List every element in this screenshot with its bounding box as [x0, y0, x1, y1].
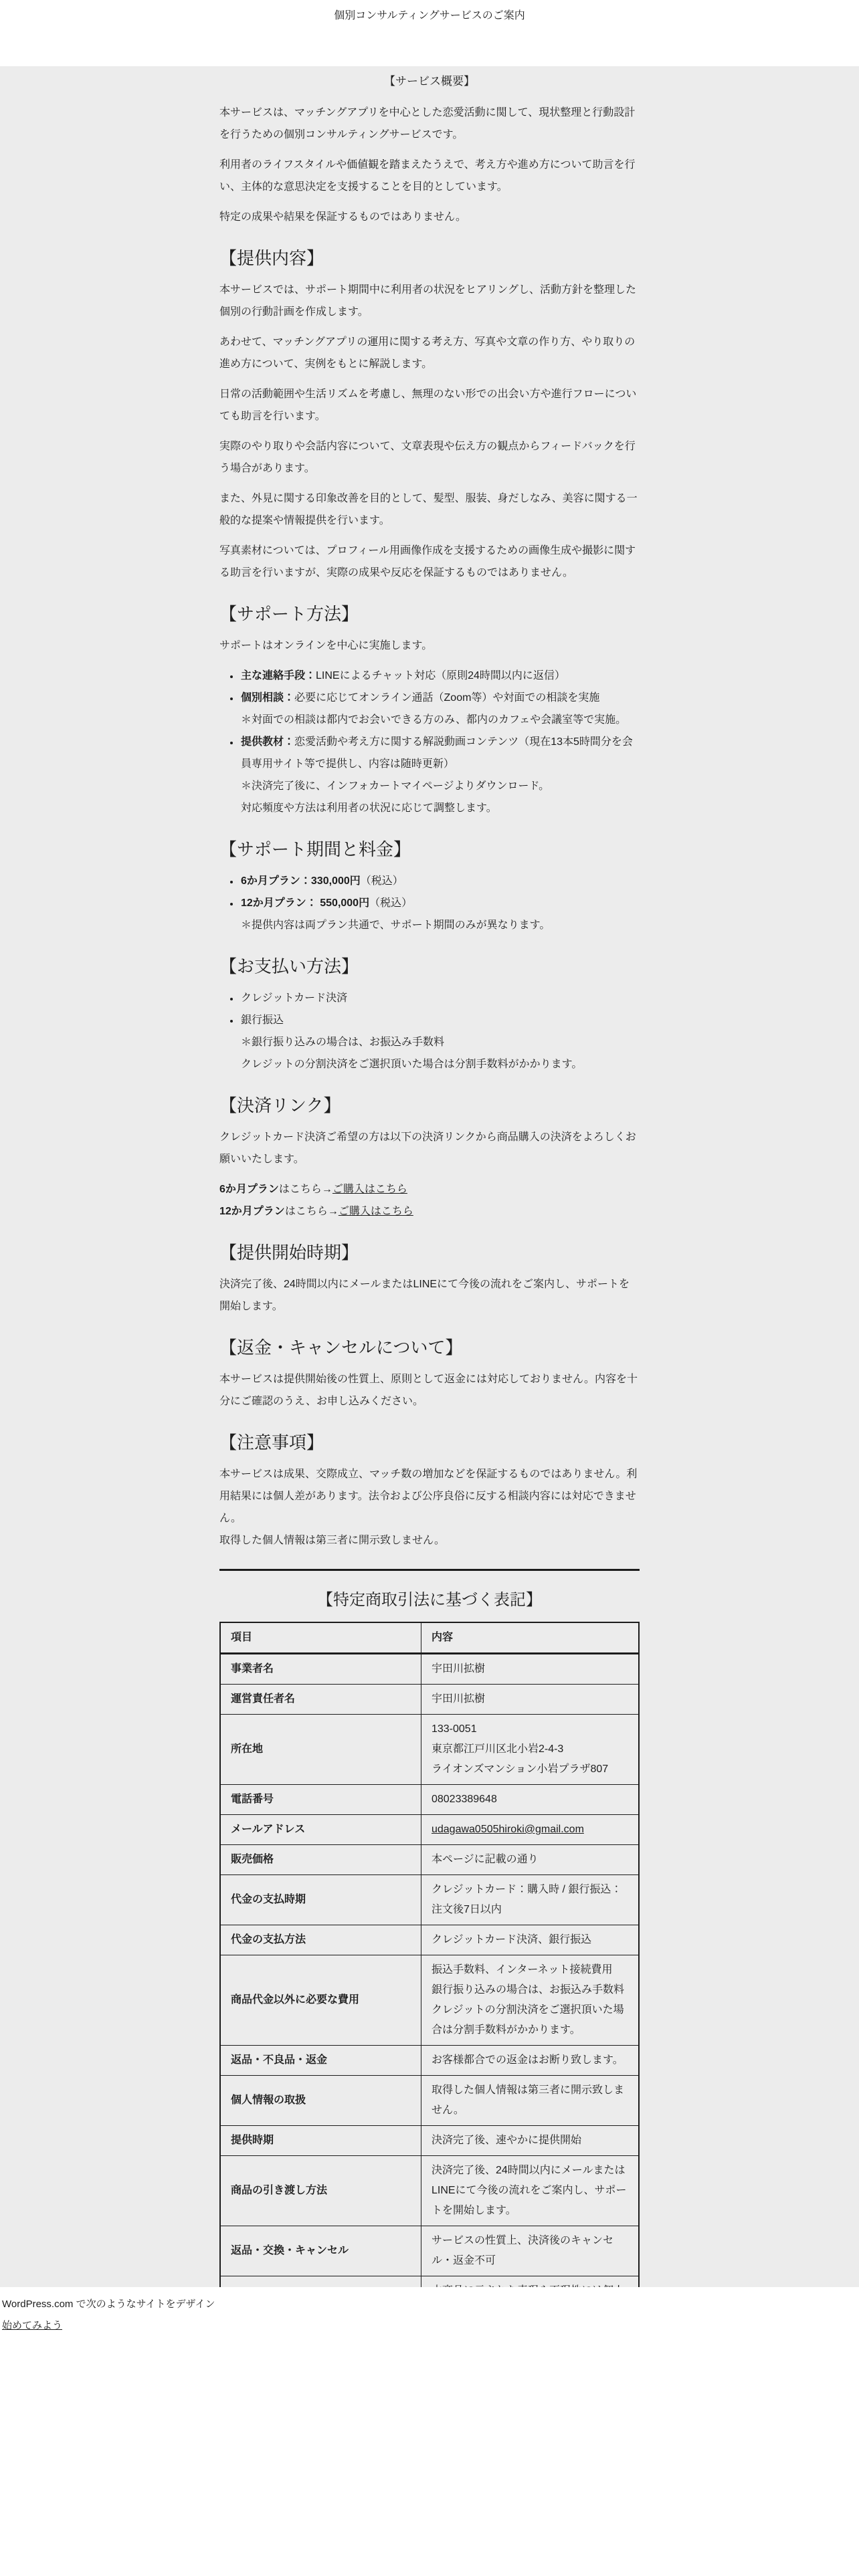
text-run: 6か月プラン — [219, 1184, 279, 1195]
paragraph-overview-3: 特定の成果や結果を保証するものではありません。 — [219, 206, 640, 228]
purchase-link-12month[interactable]: ご購入はこちら — [339, 1206, 413, 1217]
paragraph-kessai-intro: クレジットカード決済ご希望の方は以下の決済リンクから商品購入の決済をよろしくお願… — [219, 1126, 640, 1170]
list-item-kyozai: 提供教材：恋愛活動や考え方に関する解説動画コンテンツ（現在13本5時間分を会員専… — [240, 731, 640, 819]
row-label: 商品の引き渡し方法 — [220, 2156, 421, 2226]
table-row: 個人情報の取扱取得した個人情報は第三者に開示致しません。 — [220, 2076, 639, 2126]
row-value: サービスの性質上、決済後のキャンセル・返金不可 — [421, 2226, 639, 2276]
text-run: 東京都江戸川区北小岩2-4-3 — [432, 1743, 563, 1755]
row-label: 個人情報の取扱 — [220, 2076, 421, 2126]
text-run: 利用者のライフスタイルや価値観を踏まえたうえで、考え方や進め方について助言を行い… — [219, 159, 635, 193]
text-run: （税込） — [369, 897, 412, 909]
heading-teikyo-kaishi: 【提供開始時期】 — [219, 1240, 640, 1265]
list-item-credit: クレジットカード決済 — [240, 987, 640, 1009]
text-run: 写真素材については、プロフィール用画像作成を支援するための画像生成や撮影に関する… — [219, 545, 636, 578]
table-row: 表現再現性に関する注意書き本商品に示された表現や再現性には個人差があり、必ずしも… — [220, 2276, 639, 2288]
document-area: 【サービス概要】本サービスは、マッチングアプリを中心とした恋愛活動に関して、現状… — [0, 66, 859, 2287]
text-run: 対応頻度や方法は利用者の状況に応じて調整します。 — [241, 802, 497, 814]
email-link[interactable]: udagawa0505hiroki@gmail.com — [432, 1824, 584, 1835]
content-blocks: 【サービス概要】本サービスは、マッチングアプリを中心とした恋愛活動に関して、現状… — [219, 66, 640, 2287]
text-run: LINEによるチャット対応（原則24時間以内に返信） — [316, 670, 565, 681]
table-row: 代金の支払方法クレジットカード決済、銀行振込 — [220, 1925, 639, 1955]
text-run: 本サービスでは、サポート期間中に利用者の状況をヒアリングし、活動方針を整理した個… — [219, 284, 636, 318]
row-label: 返品・不良品・返金 — [220, 2046, 421, 2076]
paragraph-support-intro: サポートはオンラインを中心に実施します。 — [219, 635, 640, 657]
text-run: クレジットカード決済 — [241, 992, 347, 1004]
text-run: クレジットカード決済、銀行振込 — [432, 1934, 591, 1945]
heading-support-hoho: 【サポート方法】 — [219, 601, 640, 627]
table-row: 返品・交換・キャンセルサービスの性質上、決済後のキャンセル・返金不可 — [220, 2226, 639, 2276]
site-header: 個別コンサルティングサービスのご案内 — [0, 0, 859, 66]
heading-kikan-ryokin: 【サポート期間と料金】 — [219, 837, 640, 862]
row-label: 返品・交換・キャンセル — [220, 2226, 421, 2276]
text-run: 主な連絡手段： — [241, 670, 316, 681]
paragraph-naiyo-6: 写真素材については、プロフィール用画像作成を支援するための画像生成や撮影に関する… — [219, 540, 640, 584]
text-run: 本サービスは、マッチングアプリを中心とした恋愛活動に関して、現状整理と行動設計を… — [219, 107, 635, 140]
paragraph-overview-1: 本サービスは、マッチングアプリを中心とした恋愛活動に関して、現状整理と行動設計を… — [219, 102, 640, 146]
column-header-content: 内容 — [421, 1622, 639, 1654]
list-item-plan-12month: 12か月プラン： 550,000円（税込）＊提供内容は両プラン共通で、サポート期… — [240, 892, 640, 936]
page-title: 個別コンサルティングサービスのご案内 — [0, 7, 859, 22]
text-run: 実際のやり取りや会話内容について、文章表現や伝え方の観点からフィードバックを行う… — [219, 441, 636, 474]
heading-kessai-link: 【決済リンク】 — [219, 1093, 640, 1118]
text-run: あわせて、マッチングアプリの運用に関する考え方、写真や文章の作り方、やり取りの進… — [219, 336, 635, 370]
row-label: 代金の支払方法 — [220, 1925, 421, 1955]
list-item-bank: 銀行振込＊銀行振り込みの場合は、お振込み手数料クレジットの分割決済をご選択頂いた… — [240, 1009, 640, 1075]
row-value: お客様都合での返金はお断り致します。 — [421, 2046, 639, 2076]
text-run: 本ページに記載の通り — [432, 1854, 539, 1865]
text-run: 銀行振込 — [241, 1014, 284, 1026]
text-run: ＊決済完了後に、インフォカートマイページよりダウンロード。 — [241, 780, 549, 792]
list-item-soudan: 個別相談：必要に応じてオンライン通話（Zoom等）や対面での相談を実施＊対面での… — [240, 687, 640, 731]
row-value: 決済完了後、速やかに提供開始 — [421, 2126, 639, 2156]
text-run: 本サービスは成果、交際成立、マッチ数の増加などを保証するものではありません。利用… — [219, 1469, 637, 1524]
text-run: クレジットカード決済ご希望の方は以下の決済リンクから商品購入の決済をよろしくお願… — [219, 1132, 636, 1165]
paragraph-naiyo-1: 本サービスでは、サポート期間中に利用者の状況をヒアリングし、活動方針を整理した個… — [219, 279, 640, 323]
row-value: クレジットカード：購入時 / 銀行振込：注文後7日以内 — [421, 1875, 639, 1925]
text-run: （税込） — [361, 875, 403, 887]
paragraph-overview-2: 利用者のライフスタイルや価値観を踏まえたうえで、考え方や進め方について助言を行い… — [219, 154, 640, 198]
text-run: ＊対面での相談は都内でお会いできる方のみ、都内のカフェや会議室等で実施。 — [241, 714, 626, 726]
row-label: 代金の支払時期 — [220, 1875, 421, 1925]
text-run: 日常の活動範囲や生活リズムを考慮し、無理のない形での出会い方や進行フローについて… — [219, 389, 636, 422]
text-run: クレジットカード：購入時 / 銀行振込：注文後7日以内 — [432, 1884, 622, 1915]
row-label: 商品代金以外に必要な費用 — [220, 1955, 421, 2046]
table-row: 返品・不良品・返金お客様都合での返金はお断り致します。 — [220, 2046, 639, 2076]
row-label: 所在地 — [220, 1715, 421, 1785]
text-run: また、外見に関する印象改善を目的として、髪型、服装、身だしなみ、美容に関する一般… — [219, 493, 638, 526]
text-run: はこちら→ — [285, 1206, 339, 1217]
text-run: 決済完了後、速やかに提供開始 — [432, 2135, 581, 2146]
paragraph-henkin: 本サービスは提供開始後の性質上、原則として返金には対応しておりません。内容を十分… — [219, 1368, 640, 1412]
text-run: 08023389648 — [432, 1794, 497, 1805]
paragraph-naiyo-2: あわせて、マッチングアプリの運用に関する考え方、写真や文章の作り方、やり取りの進… — [219, 331, 640, 375]
text-run: 取得した個人情報は第三者に開示致しません。 — [432, 2084, 624, 2116]
row-value: udagawa0505hiroki@gmail.com — [421, 1815, 639, 1845]
table-row: 事業者名宇田川拡樹 — [220, 1654, 639, 1685]
row-label: 販売価格 — [220, 1845, 421, 1875]
heading-tokushoho: 【特定商取引法に基づく表記】 — [219, 1588, 640, 1612]
text-run: ＊提供内容は両プラン共通で、サポート期間のみが異なります。 — [241, 920, 550, 931]
text-run: 振込手数料、インターネット接続費用 — [432, 1964, 613, 1975]
text-run: 本サービスは提供開始後の性質上、原則として返金には対応しておりません。内容を十分… — [219, 1374, 638, 1407]
wordpress-footer: WordPress.com で次のようなサイトをデザイン 始めてみよう — [0, 2287, 859, 2576]
row-label: メールアドレス — [220, 1815, 421, 1845]
paragraph-kaishi: 決済完了後、24時間以内にメールまたはLINEにて今後の流れをご案内し、サポート… — [219, 1273, 640, 1317]
table-row: 運営責任者名宇田川拡樹 — [220, 1685, 639, 1715]
wordpress-promo-text: WordPress.com で次のようなサイトをデザイン — [2, 2296, 859, 2313]
text-run: 宇田川拡樹 — [432, 1663, 485, 1675]
table-row: 商品の引き渡し方法決済完了後、24時間以内にメールまたはLINEにて今後の流れを… — [220, 2156, 639, 2226]
table-row: 電話番号08023389648 — [220, 1785, 639, 1815]
row-value: 振込手数料、インターネット接続費用銀行振り込みの場合は、お振込み手数料クレジット… — [421, 1955, 639, 2046]
paragraph-naiyo-3: 日常の活動範囲や生活リズムを考慮し、無理のない形での出会い方や進行フローについて… — [219, 383, 640, 427]
paragraph-chui: 本サービスは成果、交際成立、マッチ数の増加などを保証するものではありません。利用… — [219, 1463, 640, 1551]
text-run: 12か月プラン： 550,000円 — [241, 897, 369, 909]
row-label: 事業者名 — [220, 1654, 421, 1685]
text-run: ライオンズマンション小岩プラザ807 — [432, 1763, 608, 1775]
text-run: お客様都合での返金はお断り致します。 — [432, 2054, 624, 2066]
text-run: 提供教材： — [241, 736, 294, 748]
table-row: 代金の支払時期クレジットカード：購入時 / 銀行振込：注文後7日以内 — [220, 1875, 639, 1925]
text-run: サービスの性質上、決済後のキャンセル・返金不可 — [432, 2235, 613, 2266]
page: 個別コンサルティングサービスのご案内 【サービス概要】本サービスは、マッチングア… — [0, 0, 859, 2576]
text-run: 宇田川拡樹 — [432, 1693, 485, 1705]
plan-price-list: 6か月プラン：330,000円（税込）12か月プラン： 550,000円（税込）… — [219, 870, 640, 936]
text-run: 特定の成果や結果を保証するものではありません。 — [219, 211, 466, 223]
heading-chui-jiko: 【注意事項】 — [219, 1430, 640, 1455]
table-header-row: 項目内容 — [220, 1622, 639, 1654]
table-row: メールアドレスudagawa0505hiroki@gmail.com — [220, 1815, 639, 1845]
row-value: 本ページに記載の通り — [421, 1845, 639, 1875]
text-run: 個別相談： — [241, 692, 294, 704]
row-label: 運営責任者名 — [220, 1685, 421, 1715]
divider — [219, 1569, 640, 1571]
row-value: 宇田川拡樹 — [421, 1685, 639, 1715]
text-run: 必要に応じてオンライン通話（Zoom等）や対面での相談を実施 — [294, 692, 599, 704]
row-value: 08023389648 — [421, 1785, 639, 1815]
text-run: クレジットの分割決済をご選択頂いた場合は分割手数料がかかります。 — [432, 2004, 624, 2036]
row-value: クレジットカード決済、銀行振込 — [421, 1925, 639, 1955]
text-run: はこちら→ — [279, 1184, 332, 1195]
paragraph-naiyo-5: また、外見に関する印象改善を目的として、髪型、服装、身だしなみ、美容に関する一般… — [219, 488, 640, 532]
table-row: 販売価格本ページに記載の通り — [220, 1845, 639, 1875]
heading-teikyo-naiyo: 【提供内容】 — [219, 245, 640, 271]
table-row: 提供時期決済完了後、速やかに提供開始 — [220, 2126, 639, 2156]
text-run: 12か月プラン — [219, 1206, 285, 1217]
text-run: 6か月プラン：330,000円 — [241, 875, 361, 887]
support-method-list: 主な連絡手段：LINEによるチャット対応（原則24時間以内に返信）個別相談：必要… — [219, 665, 640, 819]
row-value: 決済完了後、24時間以内にメールまたはLINEにて今後の流れをご案内し、サポート… — [421, 2156, 639, 2226]
text-run: クレジットの分割決済をご選択頂いた場合は分割手数料がかかります。 — [241, 1059, 582, 1070]
paragraph-purchase-links: 6か月プランはこちら→ご購入はこちら12か月プランはこちら→ご購入はこちら — [219, 1178, 640, 1222]
purchase-link-6month[interactable]: ご購入はこちら — [332, 1184, 407, 1195]
text-run: 銀行振り込みの場合は、お振込み手数料 — [432, 1984, 624, 1996]
row-label: 電話番号 — [220, 1785, 421, 1815]
paragraph-naiyo-4: 実際のやり取りや会話内容について、文章表現や伝え方の観点からフィードバックを行う… — [219, 435, 640, 479]
text-run: 決済完了後、24時間以内にメールまたはLINEにて今後の流れをご案内し、サポート… — [432, 2165, 627, 2216]
text-run: 恋愛活動や考え方に関する解説動画コンテンツ（現在13本5時間分を会員専用サイト等… — [241, 736, 633, 770]
column-header-item: 項目 — [220, 1622, 421, 1654]
list-item-plan-6month: 6か月プラン：330,000円（税込） — [240, 870, 640, 892]
text-run: 決済完了後、24時間以内にメールまたはLINEにて今後の流れをご案内し、サポート… — [219, 1279, 630, 1312]
heading-service-overview: 【サービス概要】 — [219, 70, 640, 92]
heading-oshiharai: 【お支払い方法】 — [219, 954, 640, 979]
payment-method-list: クレジットカード決済銀行振込＊銀行振り込みの場合は、お振込み手数料クレジットの分… — [219, 987, 640, 1075]
tokushoho-table: 項目内容事業者名宇田川拡樹運営責任者名宇田川拡樹所在地133-0051東京都江戸… — [219, 1622, 640, 2287]
text-run: 取得した個人情報は第三者に開示致しません。 — [219, 1535, 445, 1546]
get-started-link[interactable]: 始めてみよう — [2, 2320, 62, 2331]
table-row: 所在地133-0051東京都江戸川区北小岩2-4-3ライオンズマンション小岩プラ… — [220, 1715, 639, 1785]
row-value: 宇田川拡樹 — [421, 1654, 639, 1685]
text-run: サポートはオンラインを中心に実施します。 — [219, 640, 432, 651]
table-row: 商品代金以外に必要な費用振込手数料、インターネット接続費用銀行振り込みの場合は、… — [220, 1955, 639, 2046]
row-value: 取得した個人情報は第三者に開示致しません。 — [421, 2076, 639, 2126]
heading-henkin-cancel: 【返金・キャンセルについて】 — [219, 1335, 640, 1360]
row-label: 表現再現性に関する注意書き — [220, 2276, 421, 2288]
row-label: 提供時期 — [220, 2126, 421, 2156]
text-run: 133-0051 — [432, 1723, 477, 1735]
text-run: ＊銀行振り込みの場合は、お振込み手数料 — [241, 1037, 444, 1048]
row-value: 133-0051東京都江戸川区北小岩2-4-3ライオンズマンション小岩プラザ80… — [421, 1715, 639, 1785]
list-item-contact: 主な連絡手段：LINEによるチャット対応（原則24時間以内に返信） — [240, 665, 640, 687]
row-value: 本商品に示された表現や再現性には個人差があり、必ずしも利益や効果を保証したもので… — [421, 2276, 639, 2288]
